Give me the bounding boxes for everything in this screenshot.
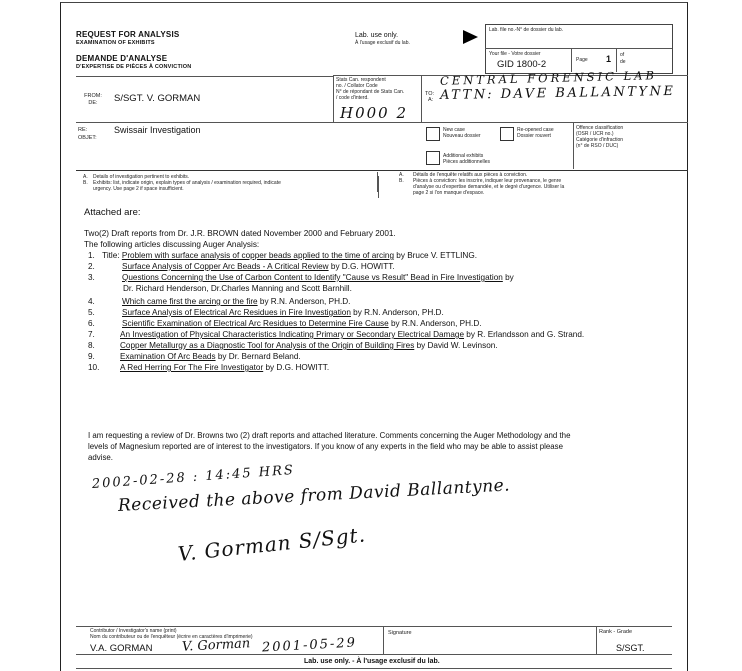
signature-field[interactable] [388, 638, 592, 652]
new-case-label: New case Nouveau dossier [443, 127, 481, 139]
additional-exhibits-label: Additional exhibits Pièces additionnelle… [443, 153, 490, 165]
lab-use-en: Lab. use only. [355, 32, 398, 40]
arrow-right-icon [463, 30, 478, 44]
instructions-en: A.Details of investigation pertinent to … [83, 174, 281, 192]
body-line-drafts: Two(2) Draft reports from Dr. J.R. BROWN… [84, 229, 396, 239]
page-label: Page [576, 57, 588, 63]
stats-can-value[interactable]: H000 2 [340, 104, 408, 122]
your-file-label: Your file - Votre dossier [489, 51, 541, 57]
form-title-fr: DEMANDE D'ANALYSE [76, 54, 167, 63]
article-item-8: 8.Copper Metallurgy as a Diagnostic Tool… [88, 341, 498, 351]
article-item-3: 3.Questions Concerning the Use of Carbon… [88, 273, 514, 283]
request-line-1: I am requesting a review of Dr. Browns t… [88, 431, 570, 441]
form-subtitle-fr: D'EXPERTISE DE PIÈCES À CONVICTION [76, 64, 191, 70]
re-label-en: RE: [78, 127, 87, 133]
body-line-articles: The following articles discussing Auger … [84, 240, 259, 250]
article-item-6: 6.Scientific Examination of Electrical A… [88, 319, 482, 329]
page-number[interactable]: 1 [606, 54, 611, 64]
lab-file-field[interactable] [489, 34, 664, 46]
offence-classification-label: Offence classification (OSR / UCR no.) C… [576, 125, 623, 149]
form-subtitle-en: EXAMINATION OF EXHIBITS [76, 40, 155, 46]
re-label-fr: OBJET: [78, 135, 97, 141]
stats-can-label: Stats Can. respondent no. / Collator Cod… [336, 77, 404, 101]
article-item-3-authors: Dr. Richard Henderson, Dr.Charles Mannin… [123, 284, 352, 294]
lab-use-fr: À l'usage exclusif du lab. [355, 40, 410, 46]
to-label-fr: A: [428, 97, 433, 103]
article-item-9: 9.Examination Of Arc Beads by Dr. Bernar… [88, 352, 301, 362]
de-label: de [620, 59, 626, 65]
article-item-1: 1. Title: Problem with surface analysis … [88, 251, 477, 261]
from-value[interactable]: S/SGT. V. GORMAN [114, 93, 200, 104]
attached-heading: Attached are: [84, 207, 141, 218]
article-item-7: 7.An Investigation of Physical Character… [88, 330, 584, 340]
article-item-2: 2.Surface Analysis of Copper Arc Beads -… [88, 262, 395, 272]
request-line-3: advise. [88, 453, 113, 463]
reopened-case-label: Re-opened case Dossier rouvert [517, 127, 554, 139]
reopened-case-checkbox[interactable] [500, 127, 514, 141]
from-label-en: FROM: [81, 93, 105, 99]
lab-use-footer: Lab. use only. - À l'usage exclusif du l… [304, 658, 440, 665]
request-line-2: levels of Magnesium reported are of inte… [88, 442, 563, 452]
form-title-en: REQUEST FOR ANALYSIS [76, 30, 179, 39]
from-label-fr: DE: [84, 100, 102, 106]
re-value[interactable]: Swissair Investigation [114, 125, 201, 135]
of-label: of [620, 52, 624, 58]
article-item-4: 4.Which came first the arcing or the fir… [88, 297, 350, 307]
additional-exhibits-checkbox[interactable] [426, 151, 440, 165]
your-file-value[interactable]: GID 1800-2 [497, 59, 546, 70]
article-item-10: 10.A Red Herring For The Fire Investigat… [88, 363, 329, 373]
contributor-name[interactable]: V.A. GORMAN [90, 643, 152, 654]
lab-file-label: Lab. file no.-N° de dossier du lab. [489, 27, 563, 33]
instructions-fr: A.Détails de l'enquête relatifs aux pièc… [399, 172, 564, 196]
article-item-5: 5.Surface Analysis of Electrical Arc Res… [88, 308, 444, 318]
signature-label: Signature [388, 630, 412, 636]
rank-value[interactable]: S/SGT. [616, 643, 645, 653]
new-case-checkbox[interactable] [426, 127, 440, 141]
rank-label: Rank - Grade [599, 629, 632, 635]
